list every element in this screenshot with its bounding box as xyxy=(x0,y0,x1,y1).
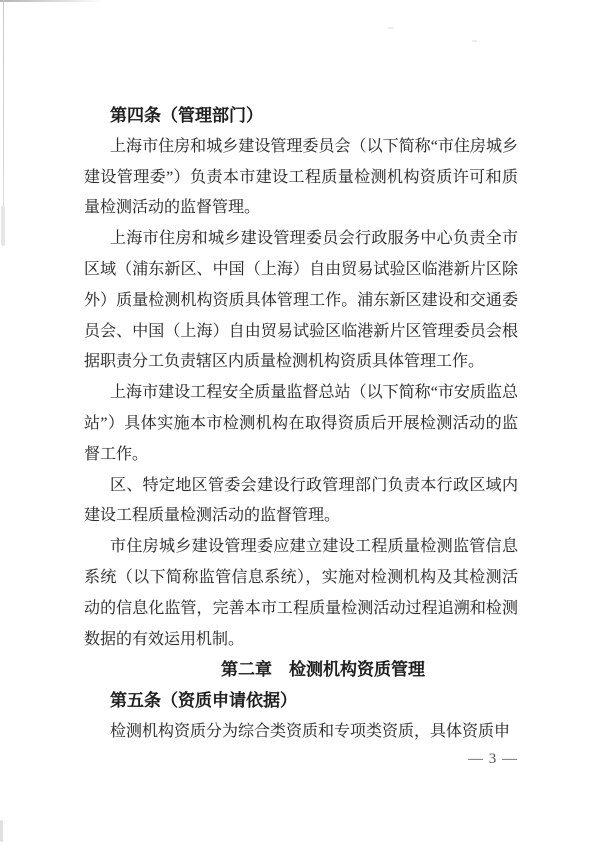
article-5-heading: 第五条（资质申请依据） xyxy=(84,686,518,717)
scan-artifact-bottom-speck xyxy=(0,820,3,842)
scan-artifact-top-edge xyxy=(0,0,102,2)
scan-artifact-left-line xyxy=(3,0,4,208)
scan-artifact-smudge xyxy=(1,205,5,246)
scanned-document-page: 第四条（管理部门）上海市住房和城乡建设管理委员会（以下简称“市住房城乡建设管理委… xyxy=(0,0,600,848)
page-number: — 3 — xyxy=(468,751,518,768)
scan-artifact-speck xyxy=(472,40,477,42)
article-4-heading: 第四条（管理部门） xyxy=(84,101,518,132)
document-body: 第四条（管理部门）上海市住房和城乡建设管理委员会（以下简称“市住房城乡建设管理委… xyxy=(84,101,518,748)
scan-artifact-speck xyxy=(388,27,394,29)
para-2: 上海市住房和城乡建设管理委员会行政服务中心负责全市区域（浦东新区、中国（上海）自… xyxy=(84,224,518,378)
para-4: 区、特定地区管委会建设行政管理部门负责本行政区域内建设工程质量检测活动的监督管理… xyxy=(84,471,518,533)
chapter-2-heading: 第二章 检测机构资质管理 xyxy=(84,655,518,686)
para-1: 上海市住房和城乡建设管理委员会（以下简称“市住房城乡建设管理委”）负责本市建设工… xyxy=(84,132,518,224)
para-3: 上海市建设工程安全质量监督总站（以下简称“市安质监总站”）具体实施本市检测机构在… xyxy=(84,378,518,470)
para-5: 市住房城乡建设管理委应建立建设工程质量检测监管信息系统（以下简称监管信息系统），… xyxy=(84,532,518,655)
para-6: 检测机构资质分为综合类资质和专项类资质，具体资质申 xyxy=(84,717,518,748)
